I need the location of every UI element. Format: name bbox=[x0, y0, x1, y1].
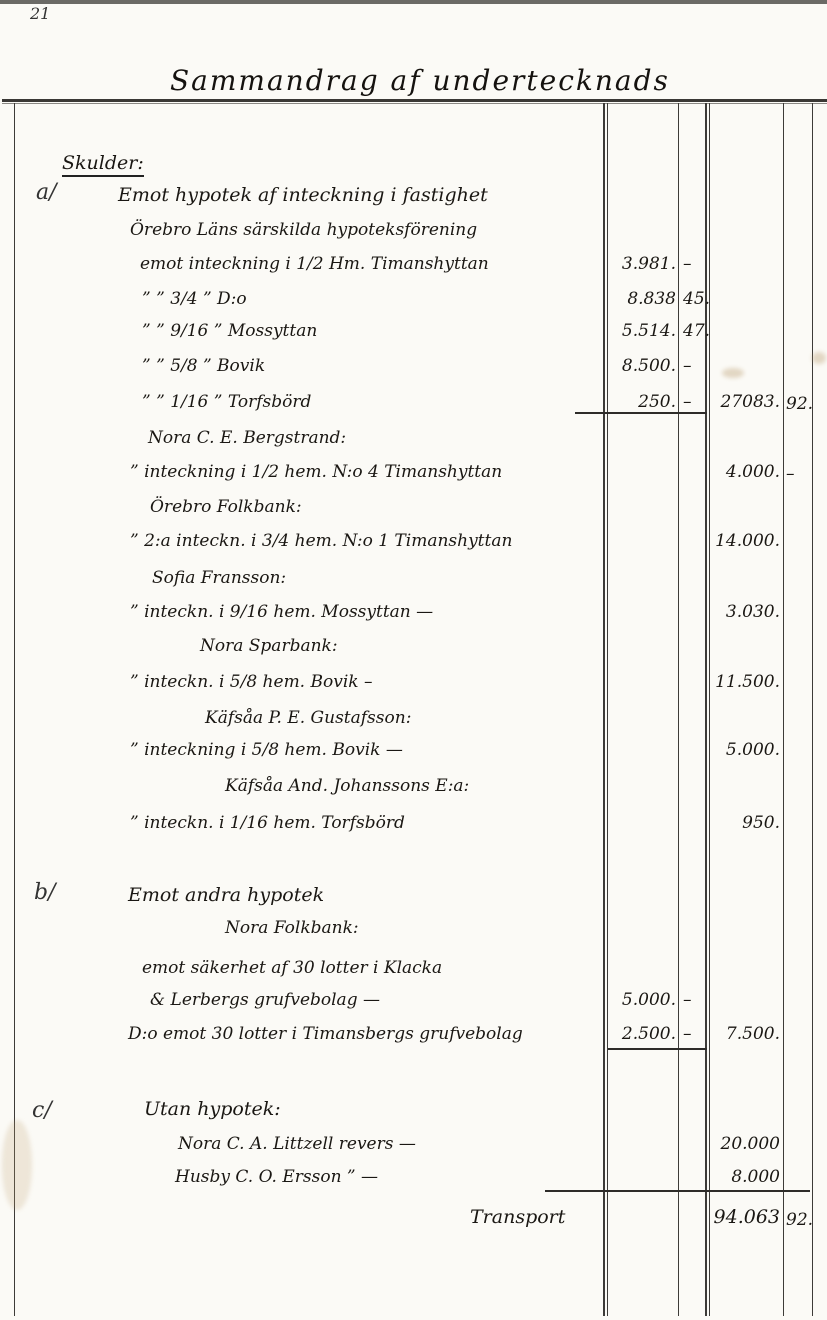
entry-ore: – bbox=[683, 990, 707, 1010]
paper-stain bbox=[2, 1120, 32, 1210]
entry-total: 7.500. bbox=[726, 1024, 780, 1044]
group-heading-c: Utan hypotek: bbox=[144, 1098, 281, 1120]
entry-total: 4.000. bbox=[726, 462, 780, 482]
entry-description: ” 2:a inteckn. i 3/4 hem. N:o 1 Timanshy… bbox=[130, 531, 512, 551]
entry-description: & Lerbergs grufvebolag — bbox=[150, 990, 380, 1010]
entry-total: 20.000 bbox=[721, 1134, 780, 1154]
header-rule bbox=[2, 99, 827, 102]
entry-total: 8.000 bbox=[731, 1167, 780, 1187]
entry-ore: – bbox=[683, 1024, 707, 1044]
section-heading-text: Skulder: bbox=[62, 152, 144, 177]
entry-description: emot säkerhet af 30 lotter i Klacka bbox=[142, 958, 442, 978]
entry-description: ” inteckn. i 5/8 hem. Bovik – bbox=[130, 672, 372, 692]
entry-total-ore: – bbox=[786, 464, 810, 484]
subtotal-rule-b bbox=[608, 1048, 707, 1050]
entry-description: Nora C. E. Bergstrand: bbox=[148, 428, 346, 448]
entry-description: Örebro Läns särskilda hypoteksförening bbox=[130, 220, 477, 240]
group-heading-a: Emot hypotek af inteckning i fastighet bbox=[118, 184, 488, 206]
entry-description: ” inteckn. i 9/16 hem. Mossyttan — bbox=[130, 602, 433, 622]
page-title: Sammandrag af undertecknads bbox=[170, 64, 710, 97]
entry-amount: 5.514. bbox=[622, 321, 676, 341]
entry-description: ” ” 9/16 ” Mossyttan bbox=[142, 321, 317, 341]
transport-total-ore: 92. bbox=[786, 1210, 810, 1230]
entry-description: Käfsåa P. E. Gustafsson: bbox=[205, 708, 411, 728]
entry-total: 11.500. bbox=[715, 672, 780, 692]
ore-column-rule bbox=[678, 103, 679, 1316]
entry-ore: – bbox=[683, 392, 707, 412]
paper-stain bbox=[722, 368, 744, 378]
entry-amount: 2.500. bbox=[622, 1024, 676, 1044]
entry-description: Husby C. O. Ersson ” — bbox=[175, 1167, 378, 1187]
entry-amount: 8.838 bbox=[627, 289, 676, 309]
entry-ore: 45. bbox=[683, 289, 707, 309]
entry-total: 950. bbox=[742, 813, 780, 833]
entry-description: Nora Sparbank: bbox=[200, 636, 338, 656]
transport-total: 94.063 bbox=[714, 1206, 780, 1228]
entry-description: ” ” 1/16 ” Torfsbörd bbox=[142, 392, 311, 412]
entry-description: Sofia Fransson: bbox=[152, 568, 286, 588]
group-marker-c: c/ bbox=[32, 1098, 52, 1123]
header-rule-thin bbox=[2, 103, 827, 104]
entry-description: ” ” 3/4 ” D:o bbox=[142, 289, 247, 309]
entry-description: Käfsåa And. Johanssons E:a: bbox=[225, 776, 469, 796]
group-heading-b: Emot andra hypotek bbox=[128, 884, 324, 906]
page-number: 21 bbox=[30, 4, 50, 23]
entry-amount: 8.500. bbox=[622, 356, 676, 376]
entry-description: D:o emot 30 lotter i Timansbergs grufveb… bbox=[128, 1024, 523, 1044]
paper-stain bbox=[812, 352, 826, 364]
entry-amount: 5.000. bbox=[622, 990, 676, 1010]
entry-total: 27083. bbox=[721, 392, 780, 412]
entry-description: Nora Folkbank: bbox=[225, 918, 359, 938]
entry-description: emot inteckning i 1/2 Hm. Timanshyttan bbox=[140, 254, 489, 274]
total-ore-column-rule bbox=[783, 103, 784, 1316]
entry-ore: 47. bbox=[683, 321, 707, 341]
entry-description: ” inteckning i 1/2 hem. N:o 4 Timanshytt… bbox=[130, 462, 502, 482]
group-marker-a: a/ bbox=[36, 180, 57, 205]
group-marker-b: b/ bbox=[34, 880, 56, 905]
entry-amount: 3.981. bbox=[622, 254, 676, 274]
entry-description: ” inteckning i 5/8 hem. Bovik — bbox=[130, 740, 403, 760]
subtotal-rule-a bbox=[575, 412, 707, 414]
entry-total: 3.030. bbox=[726, 602, 780, 622]
section-heading: Skulder: bbox=[62, 152, 144, 174]
right-column-rule bbox=[812, 103, 813, 1316]
page-top-edge bbox=[0, 0, 827, 4]
entry-total: 14.000. bbox=[715, 531, 780, 551]
amount-column-rule bbox=[603, 103, 605, 1316]
transport-rule bbox=[545, 1190, 810, 1192]
entry-ore: – bbox=[683, 356, 707, 376]
entry-total-ore: 92. bbox=[786, 394, 810, 414]
entry-ore: – bbox=[683, 254, 707, 274]
transport-label: Transport bbox=[470, 1206, 565, 1228]
entry-description: Nora C. A. Littzell revers — bbox=[178, 1134, 416, 1154]
entry-total: 5.000. bbox=[726, 740, 780, 760]
entry-description: Örebro Folkbank: bbox=[150, 497, 302, 517]
entry-description: ” inteckn. i 1/16 hem. Torfsbörd bbox=[130, 813, 405, 833]
amount-column-rule-inner bbox=[607, 103, 608, 1316]
total-column-rule-inner bbox=[709, 103, 710, 1316]
entry-amount: 250. bbox=[638, 392, 676, 412]
entry-description: ” ” 5/8 ” Bovik bbox=[142, 356, 265, 376]
total-column-rule bbox=[705, 103, 707, 1316]
